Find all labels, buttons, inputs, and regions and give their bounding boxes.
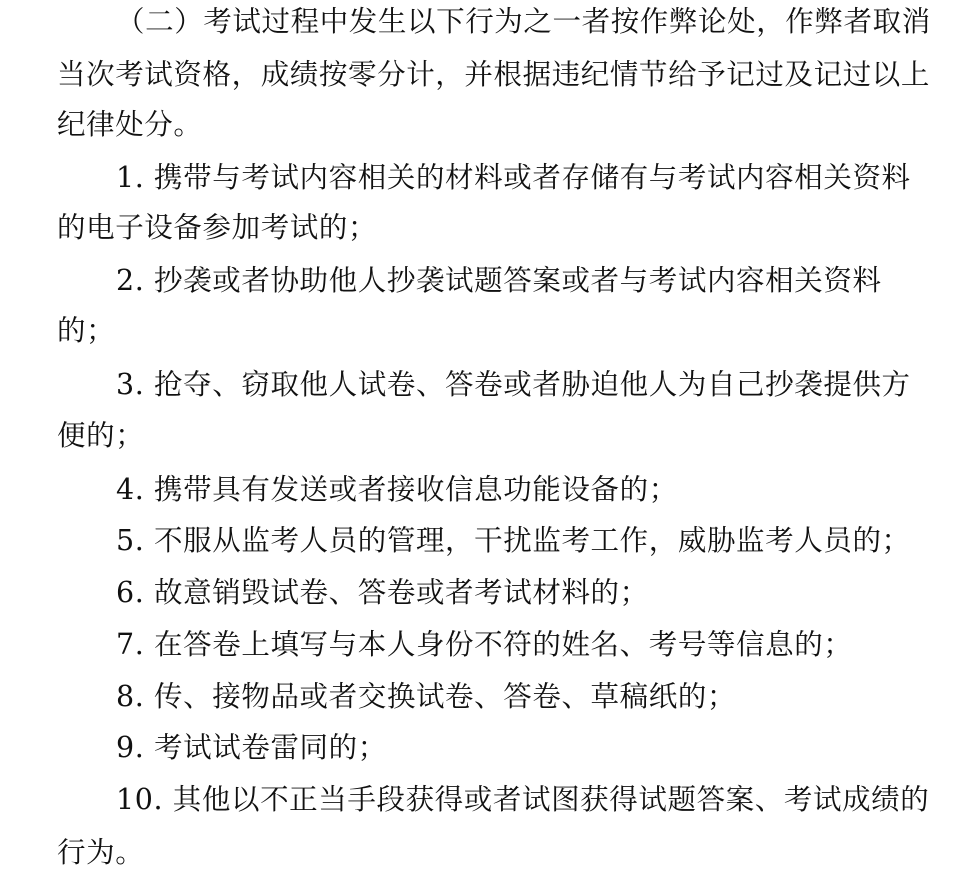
section-heading-line-1: （二）考试过程中发生以下行为之一者按作弊论处，作弊者取消 <box>116 2 962 42</box>
list-item-5: 5. 不服从监考人员的管理，干扰监考工作，威胁监考人员的； <box>116 521 962 561</box>
list-item-10-line-2: 行为。 <box>57 833 927 873</box>
list-item-1-line-1: 1. 携带与考试内容相关的材料或者存储有与考试内容相关资料 <box>116 158 962 198</box>
list-item-6: 6. 故意销毁试卷、答卷或者考试材料的； <box>116 573 962 613</box>
list-item-2-line-2: 的； <box>57 311 927 351</box>
list-item-9: 9. 考试试卷雷同的； <box>116 728 962 768</box>
list-item-10-line-1: 10. 其他以不正当手段获得或者试图获得试题答案、考试成绩的 <box>116 780 962 820</box>
list-item-3-line-2: 便的； <box>57 416 927 456</box>
section-heading-line-2: 当次考试资格，成绩按零分计，并根据违纪情节给予记过及记过以上 <box>57 55 927 95</box>
list-item-7: 7. 在答卷上填写与本人身份不符的姓名、考号等信息的； <box>116 625 962 665</box>
section-heading-line-3: 纪律处分。 <box>57 105 927 145</box>
list-item-1-line-2: 的电子设备参加考试的； <box>57 208 927 248</box>
list-item-3-line-1: 3. 抢夺、窃取他人试卷、答卷或者胁迫他人为自己抄袭提供方 <box>116 365 962 405</box>
list-item-8: 8. 传、接物品或者交换试卷、答卷、草稿纸的； <box>116 677 962 717</box>
list-item-2-line-1: 2. 抄袭或者协助他人抄袭试题答案或者与考试内容相关资料 <box>116 261 962 301</box>
list-item-4: 4. 携带具有发送或者接收信息功能设备的； <box>116 470 962 510</box>
